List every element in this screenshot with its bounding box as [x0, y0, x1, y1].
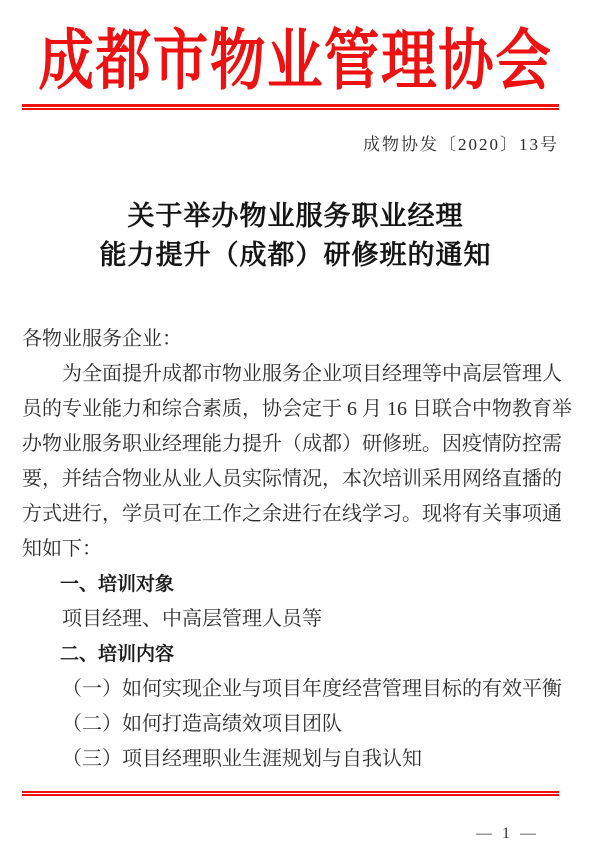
red-separator-bottom-bottom-line — [22, 794, 559, 796]
paragraph-line: 方式进行，学员可在工作之余进行在线学习。现将有关事项通 — [22, 497, 569, 532]
red-separator-top-thick-line — [22, 104, 559, 107]
doc-number: 成物协发〔2020〕13号 — [363, 130, 559, 155]
red-separator-bottom-top-line — [22, 791, 559, 793]
section1-heading: 一、培训对象 — [22, 567, 569, 602]
salutation: 各物业服务企业： — [22, 322, 569, 357]
page-number: — 1 — — [476, 825, 539, 843]
content-item: （三）项目经理职业生涯规划与自我认知 — [22, 742, 569, 777]
notice-title-line2: 能力提升（成都）研修班的通知 — [0, 236, 591, 275]
document-body: 各物业服务企业： 为全面提升成都市物业服务企业项目经理等中高层管理人 员的专业能… — [22, 322, 569, 777]
paragraph-line: 为全面提升成都市物业服务企业项目经理等中高层管理人 — [22, 357, 569, 392]
red-separator-bottom — [22, 791, 559, 796]
org-title: 成都市物业管理协会 — [47, 6, 543, 102]
red-separator-top — [22, 104, 559, 110]
section1-content: 项目经理、中高层管理人员等 — [22, 602, 569, 637]
notice-title: 关于举办物业服务职业经理 能力提升（成都）研修班的通知 — [0, 197, 591, 275]
paragraph-line: 办物业服务职业经理能力提升（成都）研修班。因疫情防控需 — [22, 427, 569, 462]
section2-heading: 二、培训内容 — [22, 637, 569, 672]
content-item: （二）如何打造高绩效项目团队 — [22, 707, 569, 742]
content-item: （一）如何实现企业与项目年度经营管理目标的有效平衡 — [22, 672, 569, 707]
paragraph-line: 知如下： — [22, 532, 569, 567]
document-page: 成都市物业管理协会 成物协发〔2020〕13号 关于举办物业服务职业经理 能力提… — [0, 0, 591, 853]
paragraph-line: 要，并结合物业从业人员实际情况，本次培训采用网络直播的 — [22, 462, 569, 497]
notice-title-line1: 关于举办物业服务职业经理 — [0, 197, 591, 236]
paragraph-line: 员的专业能力和综合素质，协会定于 6 月 16 日联合中物教育举 — [22, 392, 569, 427]
red-separator-top-thin-line — [22, 108, 559, 110]
